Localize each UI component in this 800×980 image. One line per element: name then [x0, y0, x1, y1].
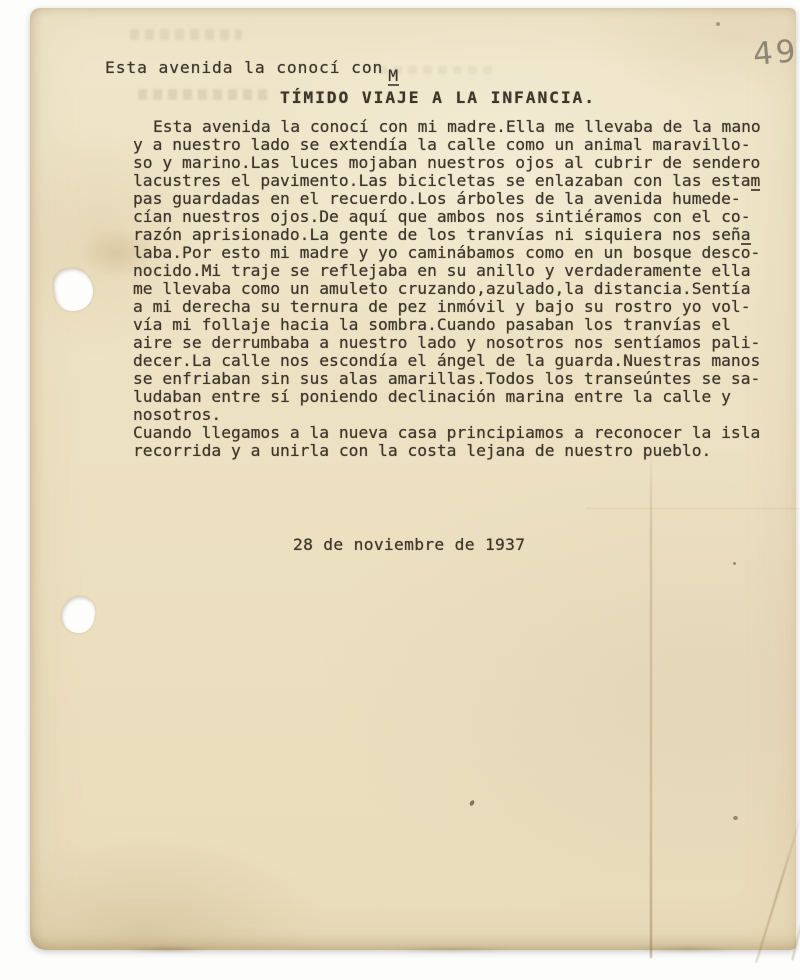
paper-speck — [733, 816, 738, 820]
typed-line: a mi derecha su ternura de pez inmóvil y… — [133, 298, 793, 316]
typed-line: so y marino.Las luces mojaban nuestros o… — [133, 154, 793, 172]
typed-line: Esta avenida la conocí con mi madre.Ella… — [133, 118, 793, 136]
vertical-fold-crease — [650, 436, 652, 958]
horizontal-fold-crease — [586, 508, 800, 509]
handwritten-archive-number: 493 — [752, 31, 800, 73]
document-title: TÍMIDO VIAJE A LA INFANCIA. — [280, 88, 596, 107]
underlined-char: m — [751, 173, 761, 191]
date-line: 28 de noviembre de 1937 — [293, 535, 525, 554]
typed-line: lacustres el pavimento.Las bicicletas se… — [133, 172, 793, 190]
typed-line: y a nuestro lado se extendía la calle co… — [133, 136, 793, 154]
typed-line: vía mi follaje hacia la sombra.Cuando pa… — [133, 316, 793, 334]
typed-line: pas guardadas en el recuerdo.Los árboles… — [133, 190, 793, 208]
typed-line: me llevaba como un amuleto cruzando,azul… — [133, 280, 793, 298]
typed-line: cían nuestros ojos.De aquí que ambos nos… — [133, 208, 793, 226]
paper-speck — [469, 799, 475, 806]
typed-line: laba.Por esto mi madre y yo caminábamos … — [133, 244, 793, 262]
corner-crease — [755, 813, 800, 963]
typed-line: se enfriaban sin sus alas amarillas.Todo… — [133, 370, 793, 388]
typed-line: aire se derrumbaba a nuestro lado y noso… — [133, 334, 793, 352]
typed-line: recorrida y a unirla con la costa lejana… — [133, 442, 793, 460]
typed-line: Cuando llegamos a la nueva casa principi… — [133, 424, 793, 442]
typed-line: nocido.Mi traje se reflejaba en su anill… — [133, 262, 793, 280]
ink-transfer-smudge — [130, 29, 242, 40]
typed-line: decer.La calle nos escondía el ángel de … — [133, 352, 793, 370]
typed-line: razón aprisionado.La gente de los tranví… — [133, 226, 793, 244]
header-text: Esta avenida la conocí con — [105, 58, 383, 77]
typed-line: nosotros. — [133, 406, 793, 424]
paper-speck — [716, 22, 720, 26]
ink-transfer-smudge — [138, 89, 270, 100]
typo-overstruck-char: M — [388, 68, 399, 86]
typed-line: ludaban entre sí poniendo declinación ma… — [133, 388, 793, 406]
typed-header-line: Esta avenida la conocí conM — [105, 58, 399, 78]
body-text: Esta avenida la conocí con mi madre.Ella… — [133, 118, 793, 460]
paper-speck — [733, 562, 736, 565]
typewritten-page: Esta avenida la conocí conM TÍMIDO VIAJE… — [30, 8, 796, 950]
